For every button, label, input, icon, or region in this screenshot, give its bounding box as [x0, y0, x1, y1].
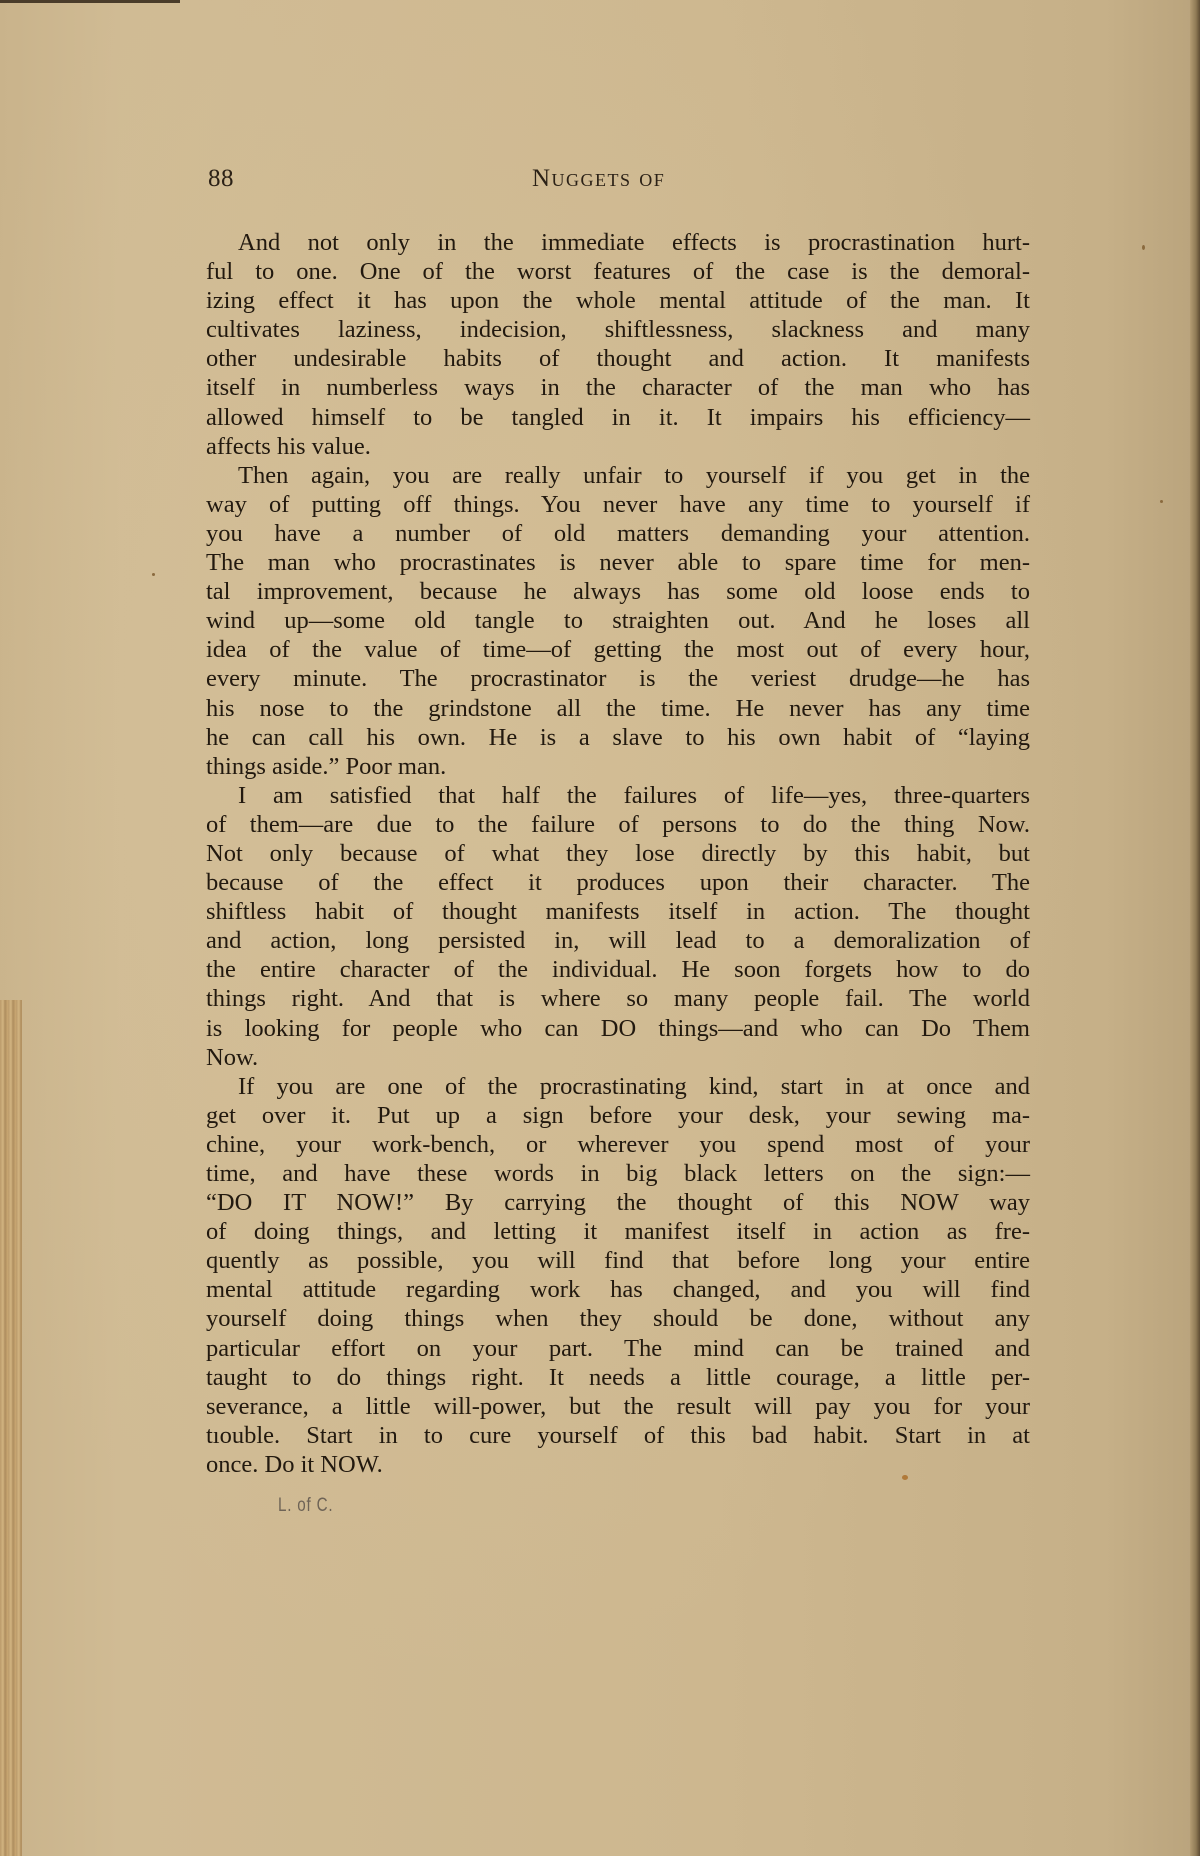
text-line: particular effort on your part. The mind… — [206, 1334, 1030, 1363]
page-stack-right-edge — [1190, 0, 1200, 1856]
text-line: mental attitude regarding work has chang… — [206, 1275, 1030, 1304]
text-line: he can call his own. He is a slave to hi… — [206, 723, 1030, 752]
text-line: taught to do things right. It needs a li… — [206, 1363, 1030, 1392]
paper-speck — [902, 1475, 908, 1480]
page-number: 88 — [208, 165, 234, 193]
text-line: and action, long persisted in, will lead… — [206, 926, 1030, 955]
text-line: yourself doing things when they should b… — [206, 1304, 1030, 1333]
text-line: And not only in the immediate effects is… — [206, 228, 1030, 257]
text-line: allowed himself to be tangled in it. It … — [206, 403, 1030, 432]
text-line: If you are one of the procrastinating ki… — [206, 1072, 1030, 1101]
scan-top-edge — [0, 0, 180, 3]
book-page: 88 Nuggets of And not only in the immedi… — [0, 0, 1200, 1856]
running-head-title: Nuggets of — [532, 165, 665, 193]
text-line: his nose to the grindstone all the time.… — [206, 694, 1030, 723]
text-line: you have a number of old matters demandi… — [206, 519, 1030, 548]
text-line: “DO IT NOW!” By carrying the thought of … — [206, 1188, 1030, 1217]
text-line: of doing things, and letting it manifest… — [206, 1217, 1030, 1246]
text-line: ful to one. One of the worst features of… — [206, 257, 1030, 286]
text-line: Now. — [206, 1043, 1030, 1072]
page-stack-left-edge — [0, 1000, 22, 1856]
text-line: because of the effect it produces upon t… — [206, 868, 1030, 897]
text-line: itself in numberless ways in the charact… — [206, 373, 1030, 402]
paper-speck — [152, 573, 155, 576]
paragraph: If you are one of the procrastinating ki… — [206, 1072, 1030, 1479]
text-line: things aside.” Poor man. — [206, 752, 1030, 781]
text-line: izing effect it has upon the whole menta… — [206, 286, 1030, 315]
text-line: is looking for people who can DO things—… — [206, 1014, 1030, 1043]
text-line: quently as possible, you will find that … — [206, 1246, 1030, 1275]
text-line: time, and have these words in big black … — [206, 1159, 1030, 1188]
text-line: chine, your work-bench, or wherever you … — [206, 1130, 1030, 1159]
running-head: 88 Nuggets of — [208, 165, 1038, 197]
text-line: affects his value. — [206, 432, 1030, 461]
body-text: And not only in the immediate effects is… — [206, 228, 1030, 1479]
text-line: every minute. The procrastinator is the … — [206, 664, 1030, 693]
paragraph: Then again, you are really unfair to you… — [206, 461, 1030, 781]
text-line: tal improvement, because he always has s… — [206, 577, 1030, 606]
text-line: of them—are due to the failure of person… — [206, 810, 1030, 839]
text-line: Not only because of what they lose direc… — [206, 839, 1030, 868]
text-line: the entire character of the individual. … — [206, 955, 1030, 984]
text-line: get over it. Put up a sign before your d… — [206, 1101, 1030, 1130]
text-line: I am satisfied that half the failures of… — [206, 781, 1030, 810]
paragraph: I am satisfied that half the failures of… — [206, 781, 1030, 1072]
text-line: other undesirable habits of thought and … — [206, 344, 1030, 373]
text-line: cultivates laziness, indecision, shiftle… — [206, 315, 1030, 344]
text-line: tıouble. Start in to cure yourself of th… — [206, 1421, 1030, 1450]
paragraph: And not only in the immediate effects is… — [206, 228, 1030, 461]
paper-speck — [1160, 500, 1163, 503]
text-line: wind up—some old tangle to straighten ou… — [206, 606, 1030, 635]
text-line: things right. And that is where so many … — [206, 984, 1030, 1013]
library-stamp: L. of C. — [278, 1495, 333, 1517]
text-line: Then again, you are really unfair to you… — [206, 461, 1030, 490]
paper-speck — [1142, 245, 1145, 250]
text-line: idea of the value of time—of getting the… — [206, 635, 1030, 664]
text-line: The man who procrastinates is never able… — [206, 548, 1030, 577]
text-line: way of putting off things. You never hav… — [206, 490, 1030, 519]
text-line: shiftless habit of thought manifests its… — [206, 897, 1030, 926]
text-line: severance, a little will-power, but the … — [206, 1392, 1030, 1421]
